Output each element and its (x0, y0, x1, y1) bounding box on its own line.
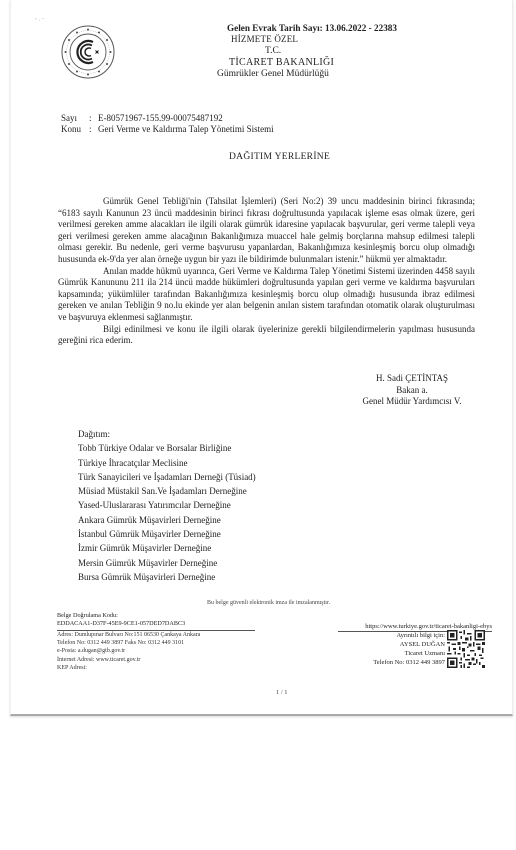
list-item: Müsiad Müstakil San.Ve İşadamları Derneğ… (78, 484, 256, 498)
esignature-note: Bu belge güvenli elektronik imza ile imz… (207, 600, 330, 606)
document-number-row: Sayı:E-80571967-155.99-00075487192 (61, 113, 223, 123)
body-paragraph: Bilgi edinilmesi ve konu ile ilgili olar… (58, 324, 475, 347)
list-item: Türkiye İhracatçılar Meclisine (78, 456, 256, 470)
body-paragraph: Anılan madde hükmü uyarınca, Geri Verme … (58, 266, 475, 324)
separator: : (89, 113, 98, 123)
signer-title: Genel Müdür Yardımcısı V. (347, 396, 477, 408)
list-item: Ankara Gümrük Müşavirleri Derneğine (78, 513, 256, 527)
email[interactable]: e-Posta: a.dugan@gtb.gov.tr (57, 647, 200, 655)
list-item: Türk Sanayicileri ve İşadamları Derneği … (78, 470, 256, 484)
addressee-heading: DAĞITIM YERLERİNE (229, 152, 330, 162)
page-number: 1 / 1 (276, 689, 288, 696)
distribution-list: Dağıtım: Tobb Türkiye Odalar ve Borsalar… (78, 427, 256, 584)
incoming-document-stamp: Gelen Evrak Tarih Sayı: 13.06.2022 - 223… (227, 23, 397, 33)
signature-block: H. Sadi ÇETİNTAŞ Bakan a. Genel Müdür Ya… (347, 373, 477, 408)
contact-person: Ayrıntılı bilgi için: AYSEL DUĞAN Ticare… (337, 632, 445, 668)
list-item: İstanbul Gümrük Müşavirler Derneğine (78, 527, 256, 541)
letter-body: Gümrük Genel Tebliği'nin (Tahsilat İşlem… (58, 196, 475, 347)
signer-authority: Bakan a. (347, 385, 477, 397)
list-item: İzmir Gümrük Müşavirler Derneğine (78, 541, 256, 555)
subject-label: Konu (61, 124, 89, 134)
website[interactable]: İnternet Adresi: www.ticaret.gov.tr (57, 656, 200, 664)
subject-value: Geri Verme ve Kaldırma Talep Yönetimi Si… (98, 124, 274, 134)
contact-name: AYSEL DUĞAN (337, 641, 445, 650)
contact-title: Ticaret Uzmanı (337, 650, 445, 659)
qr-code-icon (447, 630, 485, 668)
kep-address: KEP Adresi: (57, 664, 200, 672)
verification-code: EDDACAA1-D37F-45E9-9CE1-057DED7DABC3 (57, 620, 255, 630)
phone-fax: Telefon No: 0312 449 3897 Faks No: 0312 … (57, 639, 200, 647)
contact-info: Adres: Dumlupınar Bulvarı No:151 06530 Ç… (57, 631, 200, 672)
scan-mark: ‘ · ˉ (35, 18, 44, 24)
distribution-label: Dağıtım: (78, 427, 256, 441)
separator: : (89, 124, 98, 134)
ministry-name: TİCARET BAKANLIĞI (229, 57, 334, 68)
list-item: Bursa Gümrük Müşavirleri Derneğine (78, 570, 256, 584)
country-label: T.C. (265, 46, 281, 56)
verification-label: Belge Doğrulama Kodu: (57, 612, 255, 620)
number-label: Sayı (61, 113, 89, 123)
info-label: Ayrıntılı bilgi için: (337, 632, 445, 641)
body-paragraph: Gümrük Genel Tebliği'nin (Tahsilat İşlem… (58, 196, 475, 266)
contact-phone: Telefon No: 0312 449 3897 (337, 659, 445, 668)
list-item: Yased-Uluslararası Yatırımcılar Derneğin… (78, 498, 256, 512)
signer-name: H. Sadi ÇETİNTAŞ (347, 373, 477, 385)
list-item: Mersin Gümrük Müşavirler Derneğine (78, 556, 256, 570)
subject-row: Konu:Geri Verme ve Kaldırma Talep Yöneti… (61, 124, 274, 134)
address: Adres: Dumlupınar Bulvarı No:151 06530 Ç… (57, 631, 200, 639)
verification-block: Belge Doğrulama Kodu: EDDACAA1-D37F-45E9… (57, 612, 255, 631)
list-item: Tobb Türkiye Odalar ve Borsalar Birliğin… (78, 441, 256, 455)
document-page: ‘ · ˉ Gelen Evrak Tarih Sayı: 13.06.2022… (10, 0, 513, 716)
number-value: E-80571967-155.99-00075487192 (98, 113, 223, 123)
directorate-name: Gümrükler Genel Müdürlüğü (217, 69, 329, 79)
ministry-seal-icon (60, 24, 116, 80)
confidentiality-label: HİZMETE ÖZEL (231, 34, 298, 44)
